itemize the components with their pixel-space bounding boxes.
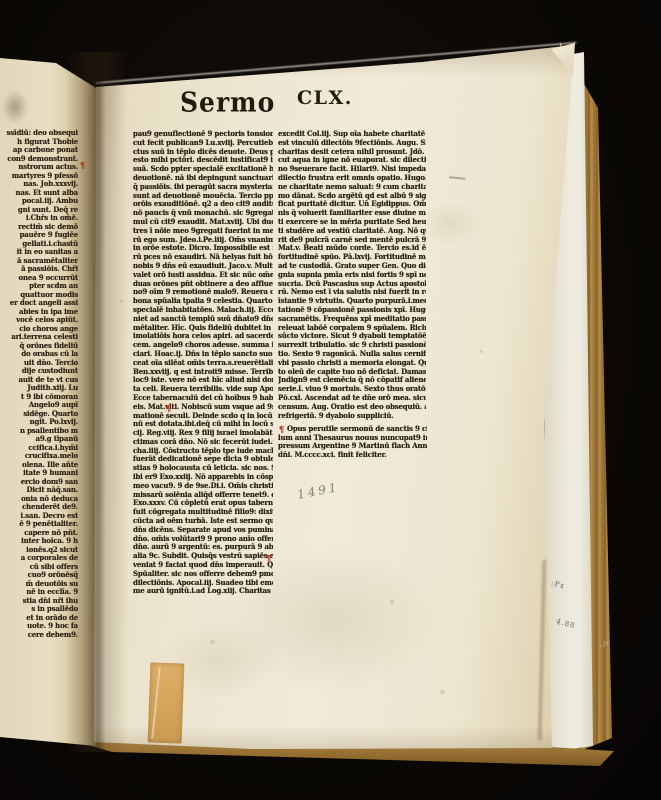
text-line: vbi passio christi a memoria elongat. Qu… [278,359,426,368]
rubric-pilcrow: ¶ [166,404,171,412]
text-line: ctus suū in tēplo dicēs deuote. Deus ppi… [133,148,273,157]
text-line: ngit. Po.lxvij. [0,418,78,427]
text-line: sacramētis. Frequēns xpī meditatio passi… [278,315,426,324]
text-line: pter scd̄m an [0,282,78,291]
rubric-pilcrow: ¶ [80,161,85,169]
text-line: uote. 9 hoc fa [0,622,78,631]
text-line: ssīdiū: deo obsequi [0,129,78,138]
text-line: stia dn̄i nr̄i ihu [0,597,78,606]
rubric-pilcrow: ¶ [279,425,284,433]
text-line: cū sibi offers [0,563,78,572]
text-line: et in orādo de [0,614,78,623]
text-line: Dicit nāq̄.san. [0,486,78,495]
text-line: mētaliter. Hīc. Quis fideliū dubitet in … [133,324,273,333]
text-line: mul cū cit9 exaudit. Mat.xviij. Ubi duo … [133,218,273,227]
text-line: er doct angeli assi [0,299,78,308]
text-line: Pō.cxl. Ascendat ad te dn̄e orō mea. sic… [278,394,426,403]
text-line: m̄ deuotōis su [0,580,78,589]
text-line: fuit cōgregata multitudinē filio9: dixit… [133,508,273,517]
text-line: ti studēre ad vestiū claritatē. Aug. Nō … [278,227,426,236]
text-line: loc9 iste. vere nō est hīc aliud nisi do… [133,376,273,385]
right-page-column-2: excedit Col.iij. Sup oīa habete charitat… [278,130,426,420]
text-line: rū pces nō exaudiri. Nā helyas fuit hō s… [133,253,273,262]
text-line: serie.l. viuo 9 mortuis. Sexto thus orat… [278,385,426,394]
text-line: abies in ipa ime [0,308,78,317]
text-line: i.san. Decro est [0,512,78,521]
text-line: cut aqua in igne nō euaporat. sic dilect… [278,156,426,165]
text-line: ctimas corā dn̄o. Nō sic fecerūt iudei.i… [133,438,273,447]
rubric-pilcrow: ¶ [266,554,271,562]
foxing-dot [390,600,394,604]
text-line: cere debem9. [0,631,78,640]
text-line: mo dānat. Scdo argētū qd est albū 9 sign… [278,192,426,201]
text-line: ercio dom9 san [0,478,78,487]
text-line: ā passiōis. Chr̄i [0,265,78,274]
text-line: Mat.v. Beati mūdo corde. Tercio es.id ē [278,244,426,253]
folio-number: CLX. [297,87,353,109]
text-line: censum. Aug. Oratio est deo obsequiū. as… [278,403,426,412]
text-line: uit dn̄o. Tercio [0,359,78,368]
text-line: auit de te vt cus [0,376,78,385]
running-title: Sermo [180,87,275,118]
text-line: vocē celos apiūt. [0,316,78,325]
text-line: pressum Argentine 9 Martinū flach Anno [278,442,427,451]
text-line: ionēs.q2 sicut [0,546,78,555]
text-line: a9.g tīpanū [0,435,78,444]
text-line: rit de9 pulcrā carnē sed mentē pulcrā 9 … [278,236,426,245]
text-line: nstrorum actus. [0,163,78,172]
text-line: niet ad sanctū templū suū dn̄ato9 dn̄o. … [133,315,273,324]
text-line: ap carbone ponat [0,146,78,155]
text-line: valet orō iusti assidua. Et sic nūc om̄e… [133,271,273,280]
text-line: me aurū ignitū.i.ad Log.xiij. Charitas u… [133,587,273,596]
text-line: excedit Col.iij. Sup oīa habete charitat… [278,130,426,139]
text-line: nobis 9 dn̄s eū exaudiuit. Jaco.v. Multu… [133,262,273,271]
text-line: dn̄i. M.cccc.xci. finit feliciter. [278,451,427,460]
text-line: onea 9 occurrūt [0,274,78,283]
text-line: cem. angelo9 choros adesse. summa imis 9… [133,341,273,350]
text-line: ti exercere se in mēria puritate Sed heu… [278,218,426,227]
text-line: rū. Nemo est ī via salutis nisi fuerit i… [278,288,426,297]
text-line: rū ego sum. Jdeo.i.Pe.iiij. Om̄s vnanime… [133,236,273,245]
text-line: ta celi. Reuera terribilis. vide sup Apo… [133,385,273,394]
text-line: gni sunt. Deq̄ re [0,206,78,215]
text-line: gellati.i.chastū [0,240,78,249]
text-line: no 9seuerare facit. Hilari9. Nisi impeda… [278,165,426,174]
text-line: crucifixa.melo [0,452,78,461]
text-line: ficat puritatē dicitur. Un̄ Egidippus. O… [278,200,426,209]
text-line: meo vacu9. 9 de 9se.Di.i. Om̄is christia… [133,482,273,491]
text-line: stias 9 holocausta cū leticia. sic nos. … [133,464,273,473]
text-line: do orabas cū la [0,350,78,359]
text-line: i.Chr̄s in om̄ē. [0,214,78,223]
text-line: sunt ad deuotionē mouēcia. Tercio ppter [133,192,273,201]
fore-edge-faint-mark: ,P [599,639,608,649]
text-line: Ben.xxviij. q est introit9 misse. Terrib… [133,368,273,377]
text-line: Ecce tabernaculū dei cū hoībus 9 habitab… [133,394,273,403]
text-line: ari.terrena celesti [0,333,78,342]
text-line: Angelo9 aupī [0,401,78,410]
text-line: dn̄o. om̄is volūtari9 9 prono anīo offer… [133,535,273,544]
text-line: cij. Reg.viij. Rex 9 filij israel imolab… [133,429,273,438]
right-page-column-1: pau9 genuflectionē 9 pectoris tonsionē. … [133,130,273,596]
text-line: rectim̄ sic demō [0,223,78,232]
text-line: deuotionē. nā ibi depingunt sanctuaria s… [133,174,273,183]
text-line: q̄ orōnes fideliū [0,342,78,351]
text-line: dn̄o. aurū 9 argentū: es. purpurā 9 abys… [133,543,273,552]
text-line: pocal.iij. Ambu [0,197,78,206]
text-line: cūcta ad oēm turbā. Iste est sermo quē p… [133,517,273,526]
text-line: olena. Ille an̄te [0,461,78,470]
text-line: est vinculū dilectōis 9fectiōnis. Augu. … [278,139,426,148]
text-line: Spūaliter. sic nos offerre debem9 pmo au… [133,570,273,579]
text-line: nē in ecclīa. 9 [0,588,78,597]
foxing-dot [120,300,123,303]
text-line: inter hoīca. 9 h [0,537,78,546]
text-line: dije custodiunt [0,367,78,376]
foxing-dot [440,690,445,694]
foxing-dot [210,640,215,644]
book-photo: Sermo CLX. ssīdiū: deo obsequih figurat … [0,0,661,800]
text-line: ciari. Hoac.ij. Dn̄s in tēplo sancto suo… [133,350,273,359]
colophon: Opus perutile sermonū de sanctis 9 circu… [278,425,427,460]
text-line: to oleū de capite tuo nō deficiat. Damas… [278,368,426,377]
text-line: imolatiōis hora celos apiri. ad sacerdot… [133,332,273,341]
foxing-dot [480,350,483,353]
text-line: t 9 ibi cōmoran [0,393,78,402]
text-line: bona spūalia tpalia 9 celestia. Quarto p… [133,297,273,306]
text-line: cuo9 orōnēsq̄ [0,571,78,580]
text-line: fuerāt dedicationē sepe dicta 9 obtulerū… [133,455,273,464]
text-line: missarū solēnia aliq̄d offerre tenet9. q… [133,491,273,500]
faint-stamp-smudge [2,90,28,124]
tape-repair [148,662,185,743]
text-line: specialē inhabitatōes. Malach.iij. Ecce … [133,306,273,315]
text-line: sidēge. Quarto [0,410,78,419]
text-line: s in psallēdo [0,605,78,614]
text-line: q̄ passiōis. ibi peragūt sacra mysteria:… [133,183,273,192]
text-line: orōis exauditiōnē. q2 a deo cit9 auditur [133,200,273,209]
text-line: cut fecit publican9 Lu.xviij. Percutieba… [133,139,273,148]
text-line: alia 9c. Subdit. Quisq̄s vestrū sapiēs e… [133,552,273,561]
text-line: ne charitate nemo saluat: 9 cum charitat… [278,183,426,192]
text-line: h figurat Thobie [0,138,78,147]
text-line: pau9 genuflectionē 9 pectoris tonsionē. … [133,130,273,139]
text-line: dilectio frustra erit omnis opatio. Hugo… [278,174,426,183]
text-line: Exo.xxxv. Cū cōpletū erat opus tabernacu… [133,499,273,508]
text-line: Jndign9 est clemēcia q̄ nō cōpatif alien… [278,376,426,385]
text-line: mationē seculi. Deinde scdo q in locū ob… [133,412,273,421]
text-line: onia nō deduca [0,495,78,504]
left-page-text-column: ssīdiū: deo obsequih figurat Thobieap ca… [0,129,78,639]
text-line: esto mihi pctōri. descēdit iustificat9 i… [133,156,273,165]
text-line: charitas desit cetera nihil prosunt. Jdō… [278,148,426,157]
text-line: capere nō pn̄t. [0,529,78,538]
text-line: con9 demonstrant. [0,155,78,164]
text-line: tio. Sexto 9 ragonīcā. Nulla salus cerni… [278,350,426,359]
text-line: pauēre 9 fugiēe [0,231,78,240]
text-line: in orōe estote. Dicro. Impossibile est m… [133,244,273,253]
text-line: ccifica.i.hym̄i [0,444,78,453]
text-line: refrigeriū. 9 dyabolo suppliciū. [278,412,426,421]
text-line: no9 oīm 9 remotionē malo9. Reuera oīa.s. [133,288,273,297]
text-line: suā. Scdo ppter specialē excitationē hoī… [133,165,273,174]
text-line: īstantie 9 virtutis. Quarto purpurā.i.me… [278,297,426,306]
text-line: it in eo sanitas a [0,248,78,257]
text-line: a corporales de [0,554,78,563]
text-line: dn̄s dicēns. Separate apud vos puminas [133,526,273,535]
text-line: nō paucis q̄ vnū monachū. sic 9gregatio … [133,209,273,218]
text-line: sūcto victore. Sicut 9 dyaboli temptatōē… [278,332,426,341]
text-line: ā sacramētaliter [0,257,78,266]
text-line: nis q̄ voluerit familiariter esse diuine… [278,209,426,218]
text-line: ē 9 penētialiter. [0,520,78,529]
text-line: sucria. Dcū Pascasius sup Actus apostolo [278,280,426,289]
text-line: ad te custodiā. Grato super Gen. Quo dig [278,262,426,271]
text-line: Judith.xiij. Lu [0,384,78,393]
text-line: releuat labōē corpalem 9 spūalem. Richar… [278,324,426,333]
text-line: gnia supnia pmīa eris nisi fortis 9 spī … [278,271,426,280]
text-line: nas. Et sunt alba [0,189,78,198]
text-line: eis. Mat.vlti. Nobiscū sum vsque ad 9sum [133,403,273,412]
text-line: nas. Job.xxxvij. [0,180,78,189]
text-line: martyres 9 pfessō [0,172,78,181]
text-line: tationē 9 cōpassionē passionis xpī. Hugo… [278,306,426,315]
text-line: veniat 9 faciat quod dn̄s imperauit. Q [133,561,273,570]
text-line: n psallentibo m [0,427,78,436]
text-line: surrexit tribulatio. sic 9 christi passi… [278,341,426,350]
text-line: cha.iiij. Cōstructo tēplo tpe iude macha… [133,447,273,456]
text-line: fortitudinē spūo. Pā.lxvij. Fortitudinē … [278,253,426,262]
text-line: duas orōnes pn̄t obtinere a deo affluent… [133,280,273,289]
text-line: quattuor modis [0,291,78,300]
text-line: ibi er9 Exo.xxiij. Nō apparebis in cōspe… [133,473,273,482]
text-line: nū est dotata.ibi.deq̄ cū mihi in locū s… [133,420,273,429]
text-line: ceat oīa silēat om̄is terra.s.reuerētial… [133,359,273,368]
text-line: cio choros ange [0,325,78,334]
text-line: itate 9 humani [0,469,78,478]
text-line: Opus perutile sermonū de sanctis 9 circu [278,425,427,434]
text-line: chenderēt de9. [0,503,78,512]
text-line: dilectiōnis. Apocal.iij. Suadeo tibi eme… [133,579,273,588]
text-line: lum anni Thesaurus nouus nuncupat9 im [278,434,427,443]
text-line: tres ī nōie meo 9gregati fuerint in medi… [133,227,273,236]
